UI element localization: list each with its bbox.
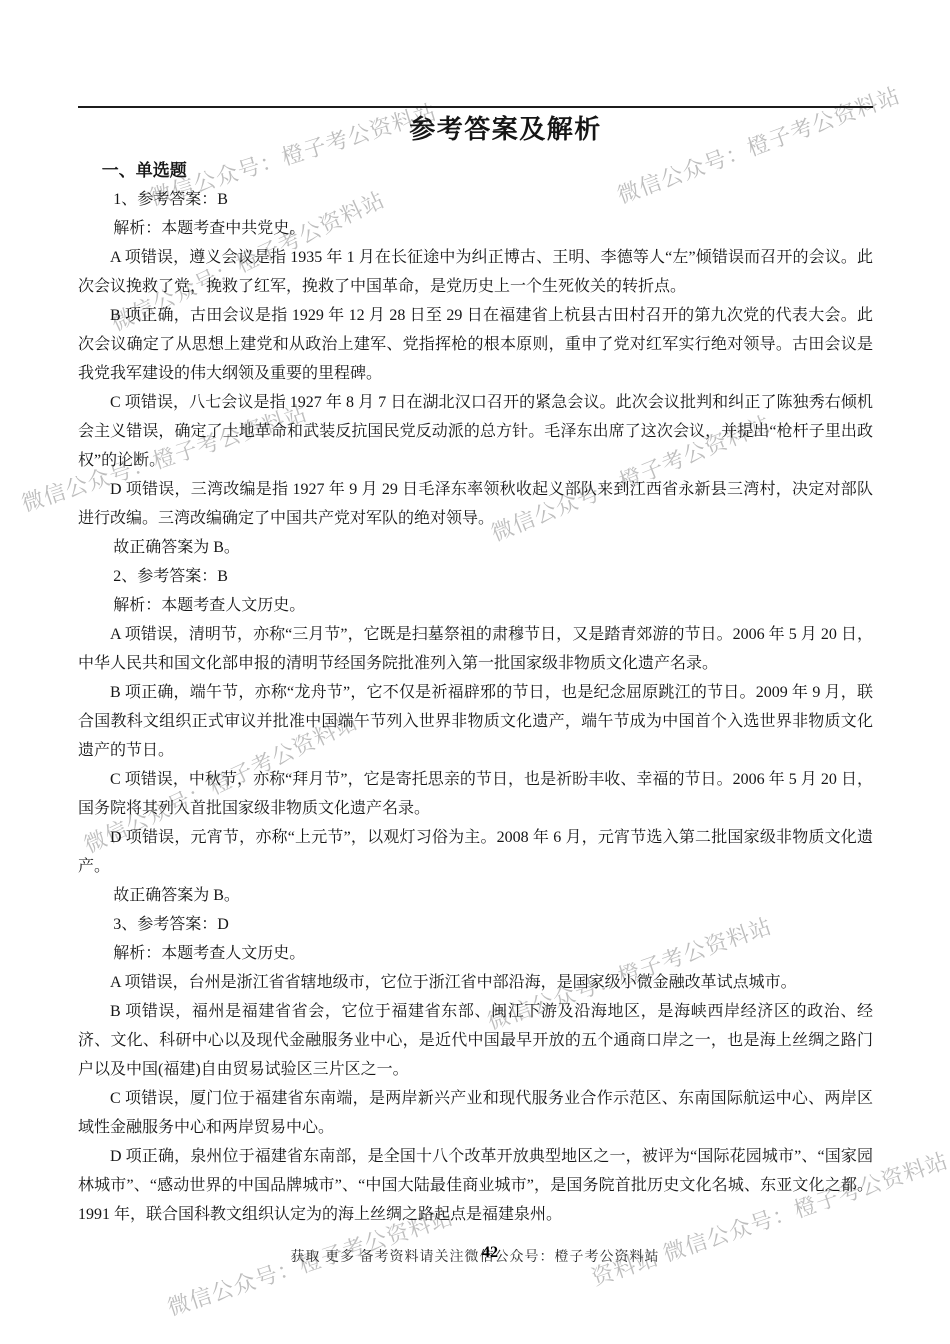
option-paragraph: C 项错误，中秋节，亦称“拜月节”，它是寄托思亲的节日，也是祈盼丰收、幸福的节日…: [78, 765, 873, 823]
option-paragraph: B 项错误，福州是福建省省会，它位于福建省东部、闽江下游及沿海地区，是海峡西岸经…: [78, 997, 873, 1084]
conclusion-line: 故正确答案为 B。: [78, 881, 873, 910]
section-heading: 一、单选题: [78, 156, 873, 185]
option-paragraph: D 项正确，泉州位于福建省东南部，是全国十八个改革开放典型地区之一，被评为“国际…: [78, 1142, 873, 1229]
option-paragraph: C 项错误，八七会议是指 1927 年 8 月 7 日在湖北汉口召开的紧急会议。…: [78, 388, 873, 475]
conclusion-line: 故正确答案为 B。: [78, 533, 873, 562]
question-block: 3、参考答案：D 解析：本题考查人文历史。 A 项错误，台州是浙江省省辖地级市，…: [78, 910, 873, 1229]
option-paragraph: A 项错误，遵义会议是指 1935 年 1 月在长征途中为纠正博古、王明、李德等…: [78, 243, 873, 301]
option-paragraph: A 项错误，台州是浙江省省辖地级市，它位于浙江省中部沿海，是国家级小微金融改革试…: [78, 968, 873, 997]
option-paragraph: C 项错误，厦门位于福建省东南端，是两岸新兴产业和现代服务业合作示范区、东南国际…: [78, 1084, 873, 1142]
option-paragraph: B 项正确，古田会议是指 1929 年 12 月 28 日至 29 日在福建省上…: [78, 301, 873, 388]
option-paragraph: D 项错误，三湾改编是指 1927 年 9 月 29 日毛泽东率领秋收起义部队来…: [78, 475, 873, 533]
footer-note: 获取 更多 备考资料请关注微信公众号：橙子考公资料站: [0, 1246, 950, 1266]
page-number: 42: [482, 1244, 498, 1262]
answer-line: 3、参考答案：D: [78, 910, 873, 939]
question-block: 1、参考答案：B 解析：本题考查中共党史。 A 项错误，遵义会议是指 1935 …: [78, 185, 873, 562]
option-paragraph: A 项错误，清明节，亦称“三月节”，它既是扫墓祭祖的肃穆节日，又是踏青郊游的节日…: [78, 620, 873, 678]
option-paragraph: D 项错误，元宵节，亦称“上元节”，以观灯习俗为主。2008 年 6 月，元宵节…: [78, 823, 873, 881]
answer-line: 2、参考答案：B: [78, 562, 873, 591]
analysis-line: 解析：本题考查中共党史。: [78, 214, 873, 243]
analysis-line: 解析：本题考查人文历史。: [78, 591, 873, 620]
page-title: 参考答案及解析: [108, 112, 903, 148]
answer-line: 1、参考答案：B: [78, 185, 873, 214]
document-page: 参考答案及解析 一、单选题 1、参考答案：B 解析：本题考查中共党史。 A 项错…: [78, 0, 873, 1229]
analysis-line: 解析：本题考查人文历史。: [78, 939, 873, 968]
question-block: 2、参考答案：B 解析：本题考查人文历史。 A 项错误，清明节，亦称“三月节”，…: [78, 562, 873, 910]
header-rule: [78, 106, 873, 108]
option-paragraph: B 项正确，端午节，亦称“龙舟节”，它不仅是祈福辟邪的节日，也是纪念屈原跳江的节…: [78, 678, 873, 765]
